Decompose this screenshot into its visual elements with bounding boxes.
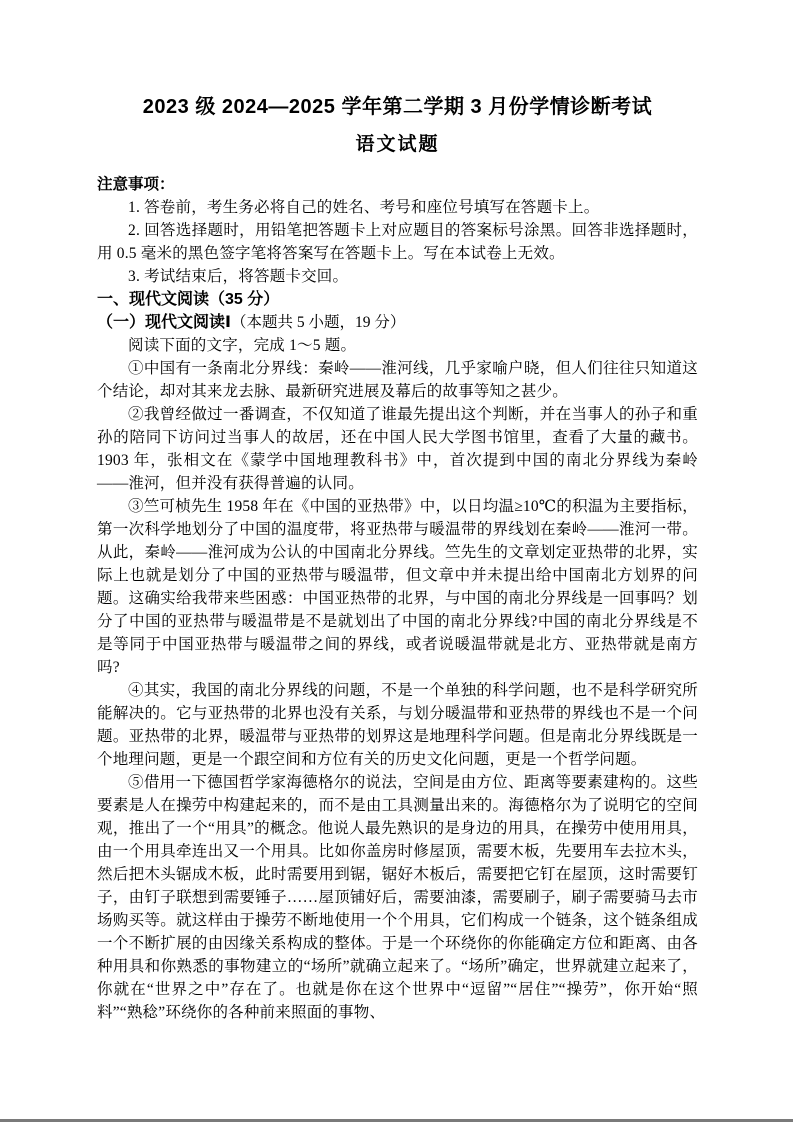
passage-paragraph-5: ⑤借用一下德国哲学家海德格尔的说法，空间是由方位、距离等要素建构的。这些要素是人… [97, 771, 698, 1024]
reading-instruction: 阅读下面的文字，完成 1～5 题。 [97, 334, 698, 357]
subsection-heading: （一）现代文阅读Ⅰ（本题共 5 小题，19 分） [97, 311, 698, 334]
reading-section: 一、现代文阅读（35 分） （一）现代文阅读Ⅰ（本题共 5 小题，19 分） 阅… [97, 288, 698, 1024]
subsection-heading-bold: （一）现代文阅读Ⅰ [97, 314, 231, 331]
notice-section: 注意事项： 1. 答卷前，考生务必将自己的姓名、考号和座位号填写在答题卡上。 2… [97, 173, 698, 288]
notice-heading: 注意事项： [97, 173, 698, 196]
passage-paragraph-2: ②我曾经做过一番调查，不仅知道了谁最先提出这个判断，并在当事人的孙子和重孙的陪同… [97, 403, 698, 495]
passage-paragraph-1: ①中国有一条南北分界线：秦岭——淮河线，几乎家喻户晓，但人们往往只知道这个结论，… [97, 357, 698, 403]
notice-item-3: 3. 考试结束后，将答题卡交回。 [97, 265, 698, 288]
notice-item-2: 2. 回答选择题时，用铅笔把答题卡上对应题目的答案标号涂黑。回答非选择题时，用 … [97, 219, 698, 265]
exam-title: 2023 级 2024—2025 学年第二学期 3 月份学情诊断考试 [97, 94, 698, 120]
section-heading: 一、现代文阅读（35 分） [97, 288, 698, 311]
passage-paragraph-4: ④其实，我国的南北分界线的问题，不是一个单独的科学问题，也不是科学研究所能解决的… [97, 679, 698, 771]
exam-paper-page: 2023 级 2024—2025 学年第二学期 3 月份学情诊断考试 语文试题 … [0, 0, 793, 1122]
notice-item-1: 1. 答卷前，考生务必将自己的姓名、考号和座位号填写在答题卡上。 [97, 196, 698, 219]
subsection-heading-rest: （本题共 5 小题，19 分） [231, 314, 405, 331]
passage-paragraph-3: ③竺可桢先生 1958 年在《中国的亚热带》中，以日均温≥10℃的积温为主要指标… [97, 495, 698, 679]
subject-title: 语文试题 [97, 133, 698, 158]
